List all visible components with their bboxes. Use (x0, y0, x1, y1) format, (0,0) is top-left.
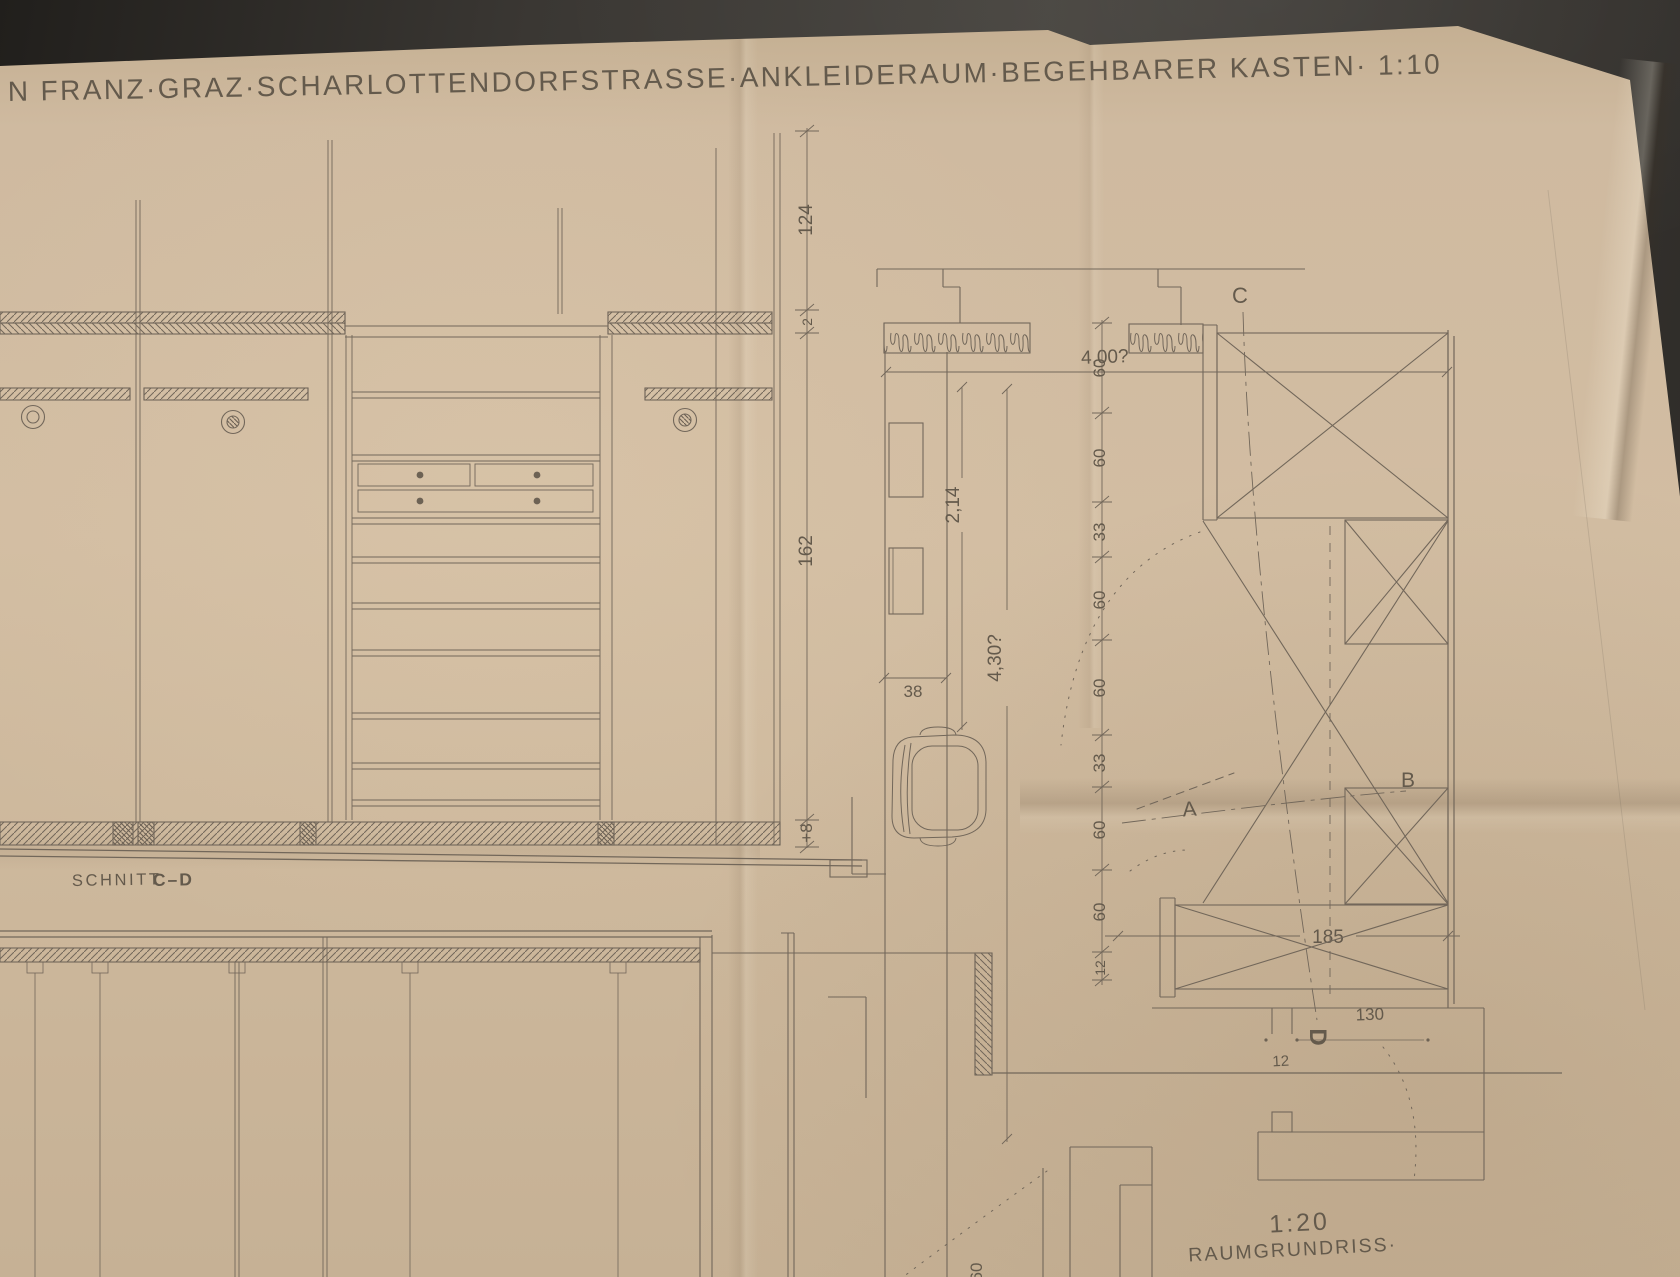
plan-name-label: RAUMGRUNDRISS· (1188, 1234, 1398, 1267)
drawer-cabinet (346, 335, 612, 820)
plan-left-wall (885, 352, 947, 1277)
section-mark-b: B (1401, 769, 1415, 792)
pencil-crease-line (1548, 190, 1645, 1010)
clothes-rail-rods (27, 962, 626, 1277)
dim-bottom-partial: 60 (967, 1263, 986, 1277)
section-line-c-d (1243, 312, 1317, 1020)
room-plan-drawing: 4,00? 2,14 4,30? 38 185 60 60 33 60 60 3… (781, 269, 1484, 1277)
plan-top-wall (877, 269, 1305, 353)
plan-scale-label: 1:20 (1269, 1207, 1331, 1238)
chain-label: 33 (1090, 523, 1109, 542)
section-caption: SCHNITT C–D (72, 869, 194, 890)
rail-holder-knobs (22, 406, 697, 434)
chain-label: 60 (1090, 821, 1109, 840)
dim-room-length: 4,30? (985, 634, 1006, 682)
chain-label: 60 (1090, 903, 1109, 922)
wardrobe-panels (136, 133, 780, 845)
section-label-suffix: C–D (153, 869, 194, 890)
dim-label: 124 (796, 204, 817, 236)
chain-label: 60 (1090, 679, 1109, 698)
dim-niche-depth: 38 (904, 682, 923, 701)
dim-label: 162 (796, 535, 817, 567)
photographed-drawing: { "title": "N FRANZ·GRAZ·SCHARLOTTENDORF… (0, 0, 1680, 1277)
wall-fragments: 60 (781, 797, 1152, 1277)
dim-label: 2 (799, 318, 815, 326)
plinth-and-ground (0, 822, 862, 866)
drawer-knobs (417, 472, 541, 505)
dim-label: +8 (797, 823, 816, 842)
dim-wall-height: 2,14 (943, 486, 964, 523)
architectural-drawing: N FRANZ·GRAZ·SCHARLOTTENDORFSTRASSE·ANKL… (0, 0, 1680, 1277)
plan-dimensions: 4,00? 2,14 4,30? 38 185 (879, 346, 1460, 1144)
section-mark-d: D (1304, 1028, 1331, 1045)
dimension-chain-elevation: 124 2 162 +8 (795, 125, 819, 853)
chain-label: 12 (1092, 960, 1108, 976)
plan-dimension-chain: 60 60 33 60 60 33 60 60 12 (1090, 317, 1112, 986)
chain-label: 60 (1090, 591, 1109, 610)
plan-wardrobes (1160, 325, 1454, 1008)
drawing-title: N FRANZ·GRAZ·SCHARLOTTENDORFSTRASSE·ANKL… (8, 48, 1443, 107)
plan-caption: 1:20 RAUMGRUNDRISS· (1188, 1207, 1398, 1266)
section-mark-a: A (1182, 798, 1198, 822)
chain-label: 60 (1090, 449, 1109, 468)
section-mark-c: C (1232, 283, 1248, 308)
dim-jamb: 12 (1272, 1053, 1290, 1071)
chain-label: 60 (1090, 359, 1109, 378)
armchair (892, 727, 986, 846)
section-lines: C A B D (1122, 283, 1415, 1046)
shelves (352, 518, 600, 806)
dim-door-width: 130 (1355, 1005, 1384, 1025)
chain-label: 33 (1090, 754, 1109, 773)
section-label-prefix: SCHNITT (72, 870, 162, 890)
section-c-d-drawing: 124 2 162 +8 SCHNITT C–D (0, 125, 862, 890)
top-shelf-band (0, 312, 772, 337)
